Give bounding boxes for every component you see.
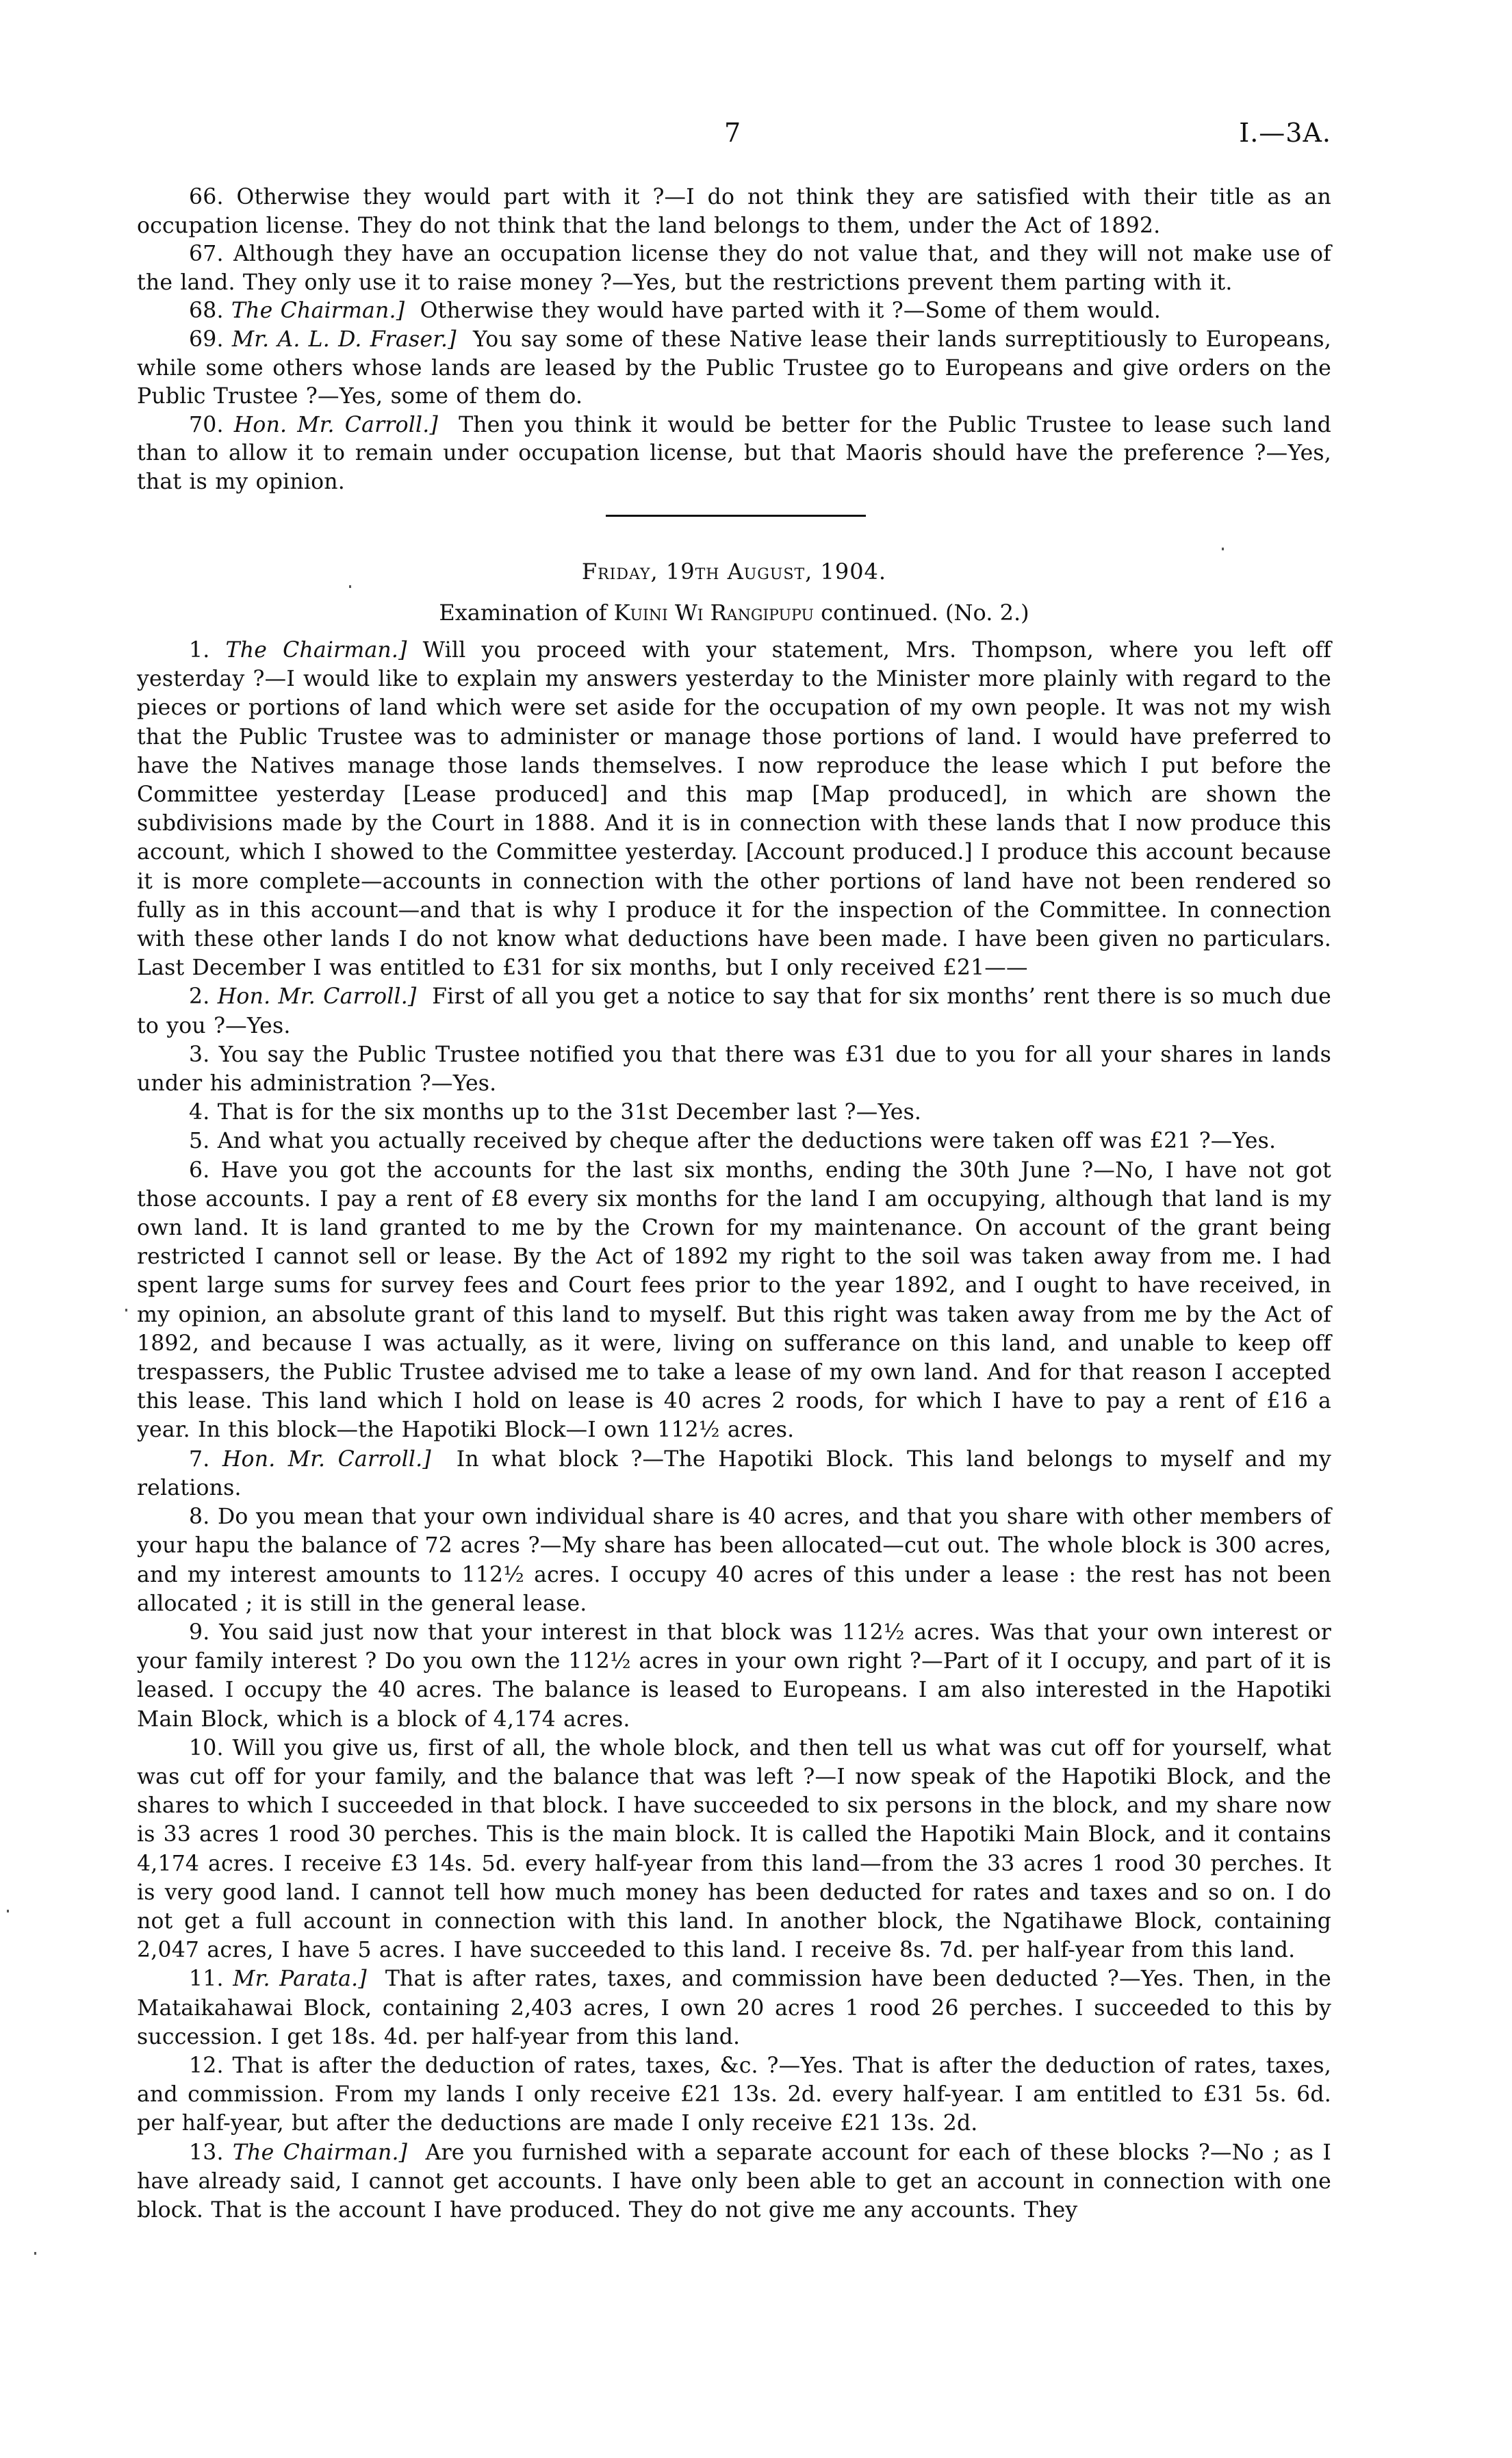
paragraph-text: Have you got the accounts for the last s… — [137, 1158, 1331, 1443]
question-number: 8. — [189, 1505, 209, 1529]
question-paragraph: 3. You say the Public Trustee notified y… — [137, 1040, 1331, 1098]
paragraph-text: You say the Public Trustee notified you … — [137, 1042, 1331, 1096]
page-number: 7 — [724, 118, 741, 148]
speaker-name: The Chairman.] — [231, 298, 405, 323]
examination-section: 1. The Chairman.] Will you proceed with … — [137, 636, 1331, 2225]
question-number: 66. — [189, 185, 224, 209]
question-paragraph: 10. Will you give us, first of all, the … — [137, 1734, 1331, 1965]
question-number: 5. — [189, 1129, 209, 1153]
question-paragraph: 68. The Chairman.] Otherwise they would … — [137, 297, 1331, 326]
speaker-name: The Chairman.] — [233, 2140, 407, 2165]
question-number: 3. — [189, 1042, 209, 1067]
question-paragraph: 13. The Chairman.] Are you furnished wit… — [137, 2138, 1331, 2225]
question-number: 13. — [189, 2140, 224, 2165]
question-number: 11. — [189, 1967, 224, 1991]
question-paragraph: 69. Mr. A. L. D. Fraser.] You say some o… — [137, 326, 1331, 411]
question-number: 67. — [189, 242, 224, 266]
paragraph-text: Otherwise they would have parted with it… — [420, 298, 1161, 323]
question-paragraph: 7. Hon. Mr. Carroll.] In what block ?—Th… — [137, 1445, 1331, 1502]
question-number: 2. — [189, 984, 209, 1009]
print-speck — [34, 2252, 36, 2255]
print-speck — [1222, 548, 1224, 550]
paragraph-text: You said just now that your interest in … — [137, 1620, 1331, 1732]
evidence-continued-section: 66. Otherwise they would part with it ?—… — [137, 183, 1331, 497]
question-paragraph: 11. Mr. Parata.] That is after rates, ta… — [137, 1964, 1331, 2051]
paragraph-text: Will you proceed with your statement, Mr… — [137, 638, 1331, 980]
question-number: 70. — [189, 413, 224, 437]
page-header: 7 I.—3A. — [137, 118, 1331, 152]
question-number: 4. — [189, 1100, 209, 1125]
question-number: 7. — [189, 1447, 209, 1472]
paragraph-text: That is after the deduction of rates, ta… — [137, 2053, 1331, 2136]
question-number: 10. — [189, 1736, 224, 1761]
speaker-name: Hon. Mr. Carroll.] — [234, 413, 438, 437]
question-number: 1. — [189, 638, 209, 663]
question-paragraph: 4. That is for the six months up to the … — [137, 1098, 1331, 1127]
date-heading: Friday, 19th August, 1904. — [137, 559, 1331, 585]
paragraph-text: That is for the six months up to the 31s… — [218, 1100, 921, 1125]
question-number: 9. — [189, 1620, 209, 1645]
question-paragraph: 2. Hon. Mr. Carroll.] First of all you g… — [137, 982, 1331, 1040]
print-speck — [125, 1309, 127, 1311]
question-paragraph: 1. The Chairman.] Will you proceed with … — [137, 636, 1331, 982]
paragraph-text: Although they have an occupation license… — [137, 242, 1331, 295]
question-paragraph: 9. You said just now that your interest … — [137, 1618, 1331, 1734]
document-reference: I.—3A. — [1239, 118, 1331, 148]
question-paragraph: 5. And what you actually received by che… — [137, 1127, 1331, 1155]
speaker-name: Hon. Mr. Carroll.] — [222, 1447, 431, 1472]
speaker-name: Hon. Mr. Carroll.] — [218, 984, 417, 1009]
speaker-name: Mr. Parata.] — [233, 1967, 367, 1991]
question-paragraph: 70. Hon. Mr. Carroll.] Then you think it… — [137, 411, 1331, 497]
paragraph-text: Do you mean that your own individual sha… — [137, 1505, 1331, 1616]
print-speck — [7, 1910, 9, 1912]
examination-heading-prefix: Examination of — [439, 600, 606, 626]
paragraph-text: Otherwise they would part with it ?—I do… — [137, 185, 1331, 238]
question-number: 12. — [189, 2053, 224, 2078]
question-number: 6. — [189, 1158, 209, 1183]
print-speck — [349, 585, 351, 588]
question-paragraph: 67. Although they have an occupation lic… — [137, 240, 1331, 297]
question-number: 68. — [189, 298, 224, 323]
question-paragraph: 8. Do you mean that your own individual … — [137, 1502, 1331, 1618]
question-number: 69. — [189, 327, 224, 352]
speaker-name: The Chairman.] — [226, 638, 407, 663]
paragraph-text: And what you actually received by cheque… — [218, 1129, 1276, 1153]
examination-heading: Examination of Kuini Wi Rangipupu contin… — [137, 600, 1331, 626]
paragraph-text: Will you give us, first of all, the whol… — [137, 1736, 1331, 1962]
question-paragraph: 12. That is after the deduction of rates… — [137, 2051, 1331, 2138]
question-paragraph: 66. Otherwise they would part with it ?—… — [137, 183, 1331, 240]
section-divider — [606, 515, 866, 517]
witness-name: Kuini Wi Rangipupu — [614, 600, 814, 626]
examination-heading-suffix: continued. (No. 2.) — [821, 600, 1029, 626]
question-paragraph: 6. Have you got the accounts for the las… — [137, 1156, 1331, 1445]
speaker-name: Mr. A. L. D. Fraser.] — [232, 327, 457, 352]
